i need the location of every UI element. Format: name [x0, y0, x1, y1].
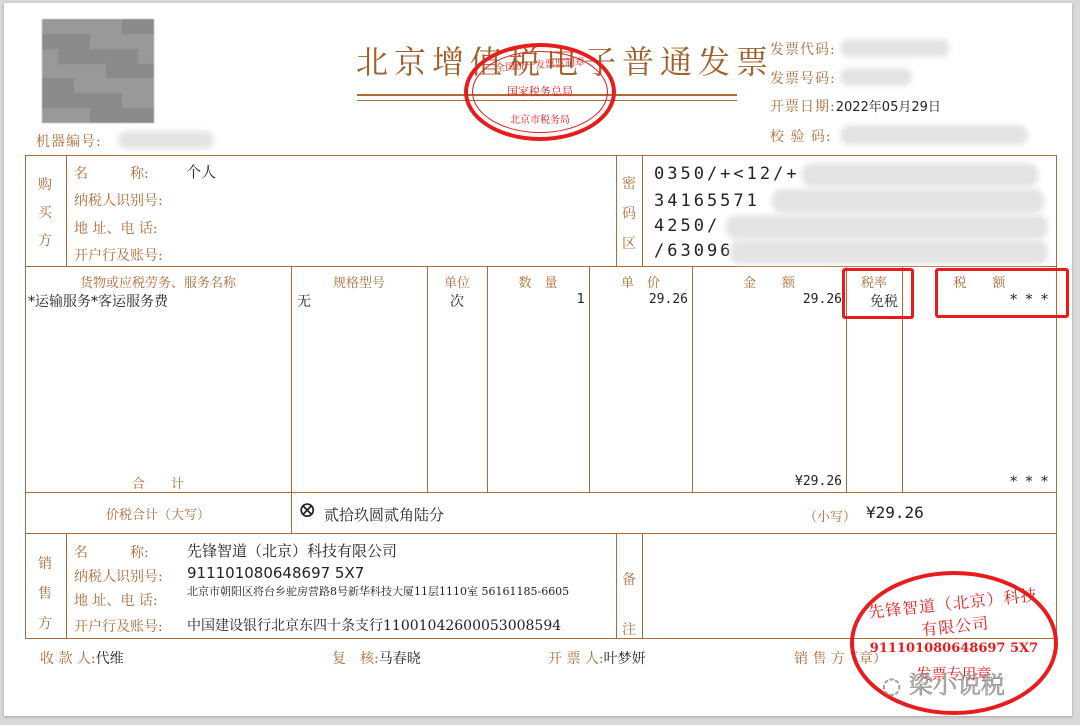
item-quantity: 1 — [487, 292, 585, 307]
header-amount: 金 额 — [692, 272, 846, 291]
seller-name-value: 先锋智道（北京）科技有限公司 — [187, 540, 397, 561]
item-amount: 29.26 — [692, 292, 842, 307]
seller-side-label: 销 售 方 — [38, 549, 54, 639]
buyer-bank-label: 开户行及账号: — [74, 245, 163, 265]
grand-total-lowercase-value: ¥29.26 — [866, 503, 924, 522]
issuer-value: 叶梦妍 — [604, 651, 646, 667]
watermark: ◌ 梁小说税 — [882, 665, 1005, 700]
redacted-machine-number — [118, 131, 214, 149]
wechat-icon: ◌ — [882, 674, 901, 699]
item-spec: 无 — [297, 291, 311, 311]
check-code-field: 校 验 码: — [770, 126, 832, 146]
stamp-middle-text: 国家税务总局 — [468, 83, 612, 99]
buyer-address-label: 地 址、电 话: — [74, 218, 158, 238]
header-item-name: 货物或应税劳务、服务名称 — [25, 272, 291, 291]
invoice-code-field: 发票代码: — [770, 39, 836, 59]
redacted-invoice-code — [840, 39, 950, 57]
invoice-number-field: 发票号码: — [770, 68, 836, 88]
seller-stamp-label: 销 售 方（章） — [794, 648, 887, 668]
buyer-name-value: 个人 — [186, 161, 216, 182]
grand-total-label: 价税合计（大写） — [25, 504, 291, 523]
seller-tax-id-value: 911101080648697 5X7 — [187, 564, 364, 582]
redacted-invoice-number — [840, 68, 912, 86]
header-unit-price: 单 价 — [589, 272, 692, 291]
seller-tax-id-label: 纳税人识别号: — [74, 566, 163, 586]
redacted-cipher-1 — [802, 163, 1038, 187]
cipher-line-2: 34165571 — [654, 191, 760, 211]
payee-value: 代维 — [96, 651, 124, 667]
reviewer-field: 复 核:马春晓 — [332, 648, 421, 668]
tax-amount-highlight — [935, 268, 1069, 318]
redacted-cipher-2 — [772, 189, 1044, 213]
total-amount: ¥29.26 — [692, 474, 842, 489]
invoice-page: 北京增值税电子普通发票 全国统一发票监制章 国家税务总局 北京市税务局 发票代码… — [4, 3, 1072, 716]
issuer-field: 开 票 人:叶梦妍 — [548, 648, 646, 668]
grand-total-uppercase: 贰拾玖圆贰角陆分 — [324, 504, 444, 525]
buyer-side-label: 购 买 方 — [38, 171, 54, 255]
total-tax: * * * — [902, 474, 1050, 490]
seller-address-label: 地 址、电 话: — [74, 590, 158, 610]
title-underline-thin — [357, 100, 737, 101]
seller-bank-label: 开户行及账号: — [74, 616, 163, 636]
remarks-side-label: 备 注 — [622, 555, 638, 655]
redacted-check-code — [840, 125, 1028, 145]
buyer-tax-id-label: 纳税人识别号: — [74, 190, 163, 210]
invoice-title: 北京增值税电子普通发票 — [356, 37, 774, 83]
item-unit-price: 29.26 — [589, 292, 688, 307]
circle-x-icon: ⊗ — [298, 500, 316, 522]
header-quantity: 数 量 — [487, 272, 589, 291]
cipher-line-4: /63096 — [654, 241, 733, 261]
invoice-date-field: 开票日期:2022年05月29日 — [770, 96, 941, 116]
tax-rate-highlight — [842, 268, 914, 319]
cipher-line-1: 0350/+<12/+ — [654, 164, 800, 184]
item-name: *运输服务*客运服务费 — [28, 291, 168, 311]
buyer-name-label: 名 称: — [74, 163, 149, 183]
cipher-line-3: 4250/ — [654, 216, 720, 236]
seller-address-value: 北京市朝阳区将台乡驼房营路8号新华科技大厦11层1110室 56161185-6… — [187, 586, 613, 598]
stamp-bottom-text: 北京市税务局 — [468, 111, 612, 126]
title-underline — [357, 94, 737, 96]
redacted-cipher-4 — [730, 240, 1048, 264]
qr-code — [42, 19, 154, 123]
grand-total-lowercase-label: （小写） — [804, 506, 856, 525]
header-spec: 规格型号 — [291, 272, 427, 291]
item-unit: 次 — [427, 291, 487, 311]
payee-field: 收 款 人:代维 — [40, 648, 124, 668]
total-label: 合 计 — [25, 473, 291, 492]
seller-name-label: 名 称: — [74, 542, 149, 562]
header-unit: 单位 — [427, 272, 487, 291]
reviewer-value: 马春晓 — [379, 651, 421, 667]
seller-bank-value: 中国建设银行北京东四十条支行11001042600053008594 — [187, 615, 561, 635]
cipher-side-label: 密 码 区 — [622, 169, 638, 259]
machine-number-label: 机器编号: — [36, 131, 102, 151]
invoice-date-value: 2022年05月29日 — [836, 100, 941, 115]
redacted-cipher-3 — [726, 215, 1048, 239]
